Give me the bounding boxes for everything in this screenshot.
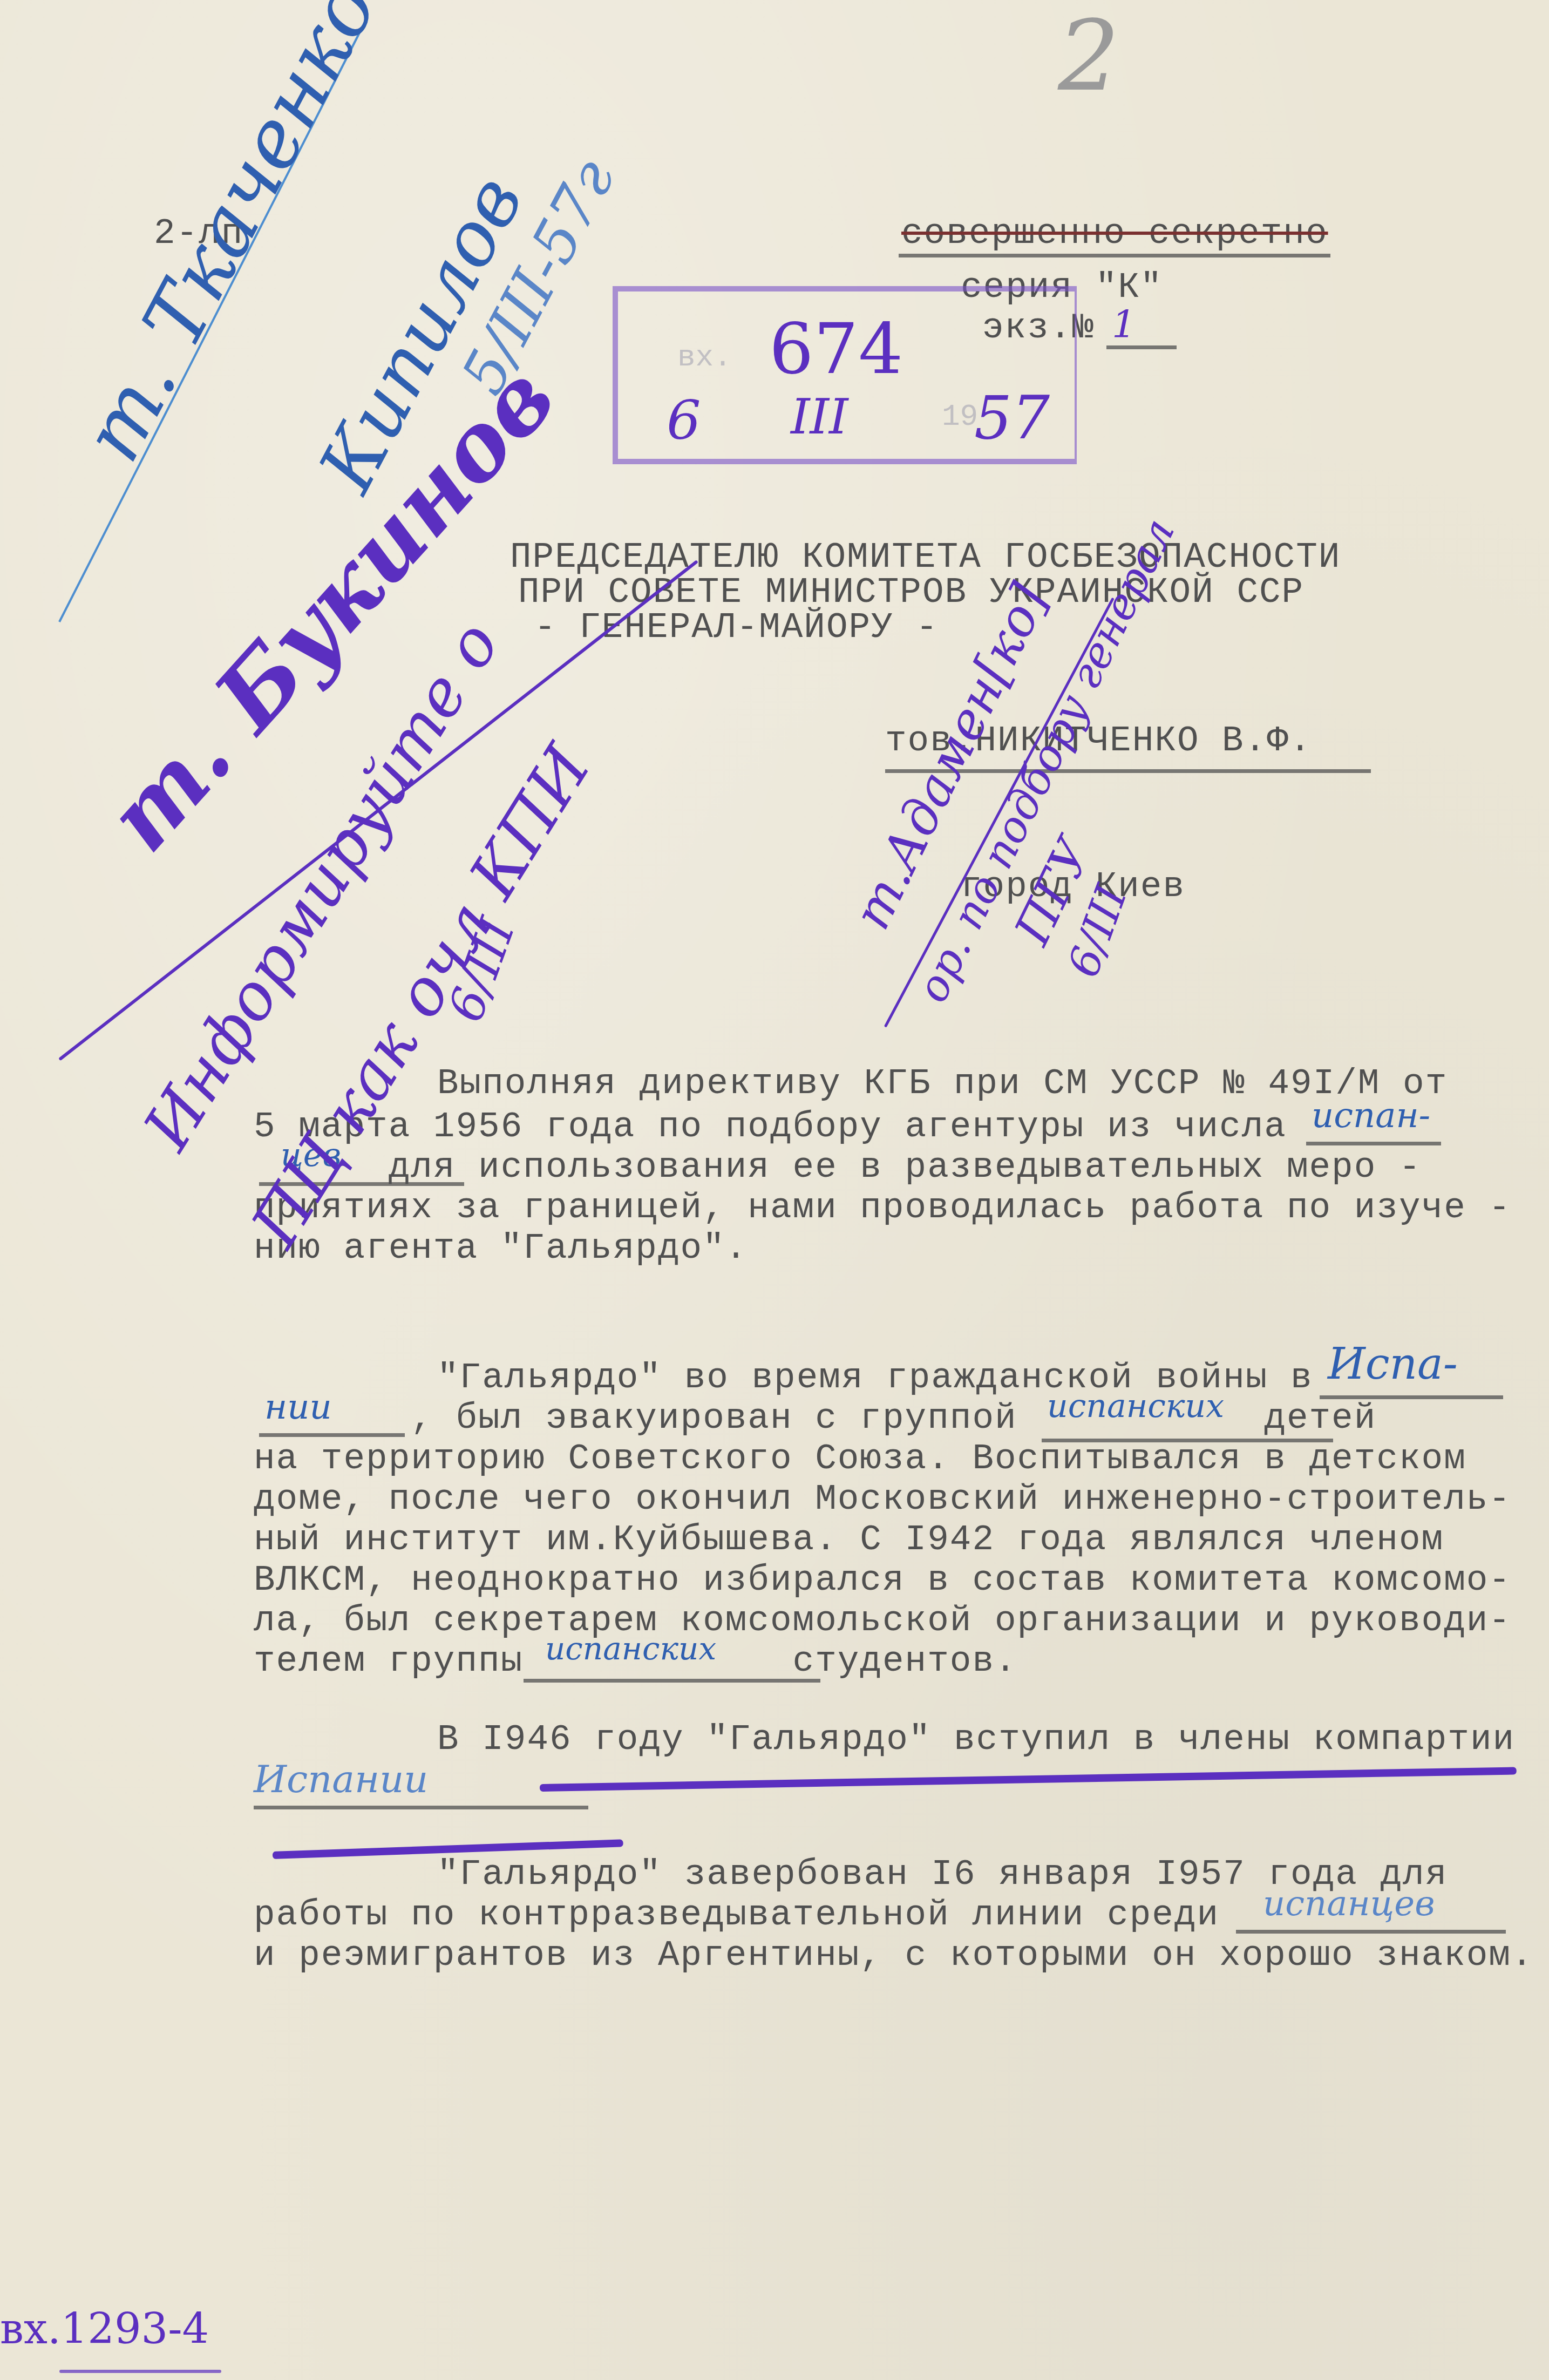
p1-line-1: Выполняя директиву КГБ при СМ УССР № 49I… bbox=[437, 1066, 1448, 1102]
stamp-prefix: вх. bbox=[677, 340, 732, 375]
copy-number: 1 bbox=[1112, 302, 1136, 347]
p2-line-5: ный институт им.Куйбышева. С I942 года я… bbox=[254, 1522, 1444, 1558]
p2-insert-2: нии bbox=[264, 1387, 332, 1427]
p3-insert-1: Испании bbox=[254, 1757, 428, 1801]
p4-insert-1: испанцев bbox=[1263, 1884, 1435, 1924]
p2-insert-2-underline bbox=[259, 1433, 405, 1437]
p2-insert-4-underline bbox=[524, 1679, 820, 1683]
bottom-left-underline bbox=[59, 2370, 221, 2373]
p2-insert-3: испанских bbox=[1047, 1387, 1224, 1425]
p4-line-2: работы по контрразведывательной линии ср… bbox=[254, 1897, 1219, 1933]
stamp-month: III bbox=[791, 389, 848, 445]
incoming-stamp: вх. 674 6 III 19 57 bbox=[613, 286, 1077, 464]
document-page: 2 2-лп совершенно секретно серия "К" экз… bbox=[0, 0, 1549, 2380]
p1-insert-1-underline bbox=[1306, 1142, 1441, 1145]
classification-underline bbox=[899, 254, 1330, 257]
p1-insert-1: испан- bbox=[1312, 1096, 1430, 1136]
stamp-year-prefix: 19 bbox=[942, 399, 978, 434]
classification-struck: совершенно секретно bbox=[901, 216, 1328, 252]
bottom-left-note: вх.1293-4 bbox=[0, 2305, 209, 2354]
copy-number-underline bbox=[1106, 345, 1177, 349]
p4-line-3: и реэмигрантов из Аргентины, с которыми … bbox=[254, 1938, 1534, 1974]
p4-insert-1-underline bbox=[1236, 1930, 1506, 1934]
stamp-year: 57 bbox=[974, 383, 1050, 452]
addressee-line-2: ПРИ СОВЕТЕ МИНИСТРОВ УКРАИНСКОЙ ССР bbox=[518, 575, 1304, 611]
stamp-day: 6 bbox=[667, 389, 701, 452]
p3-insert-1-underline bbox=[254, 1806, 588, 1809]
p2-insert-1: Испа- bbox=[1328, 1339, 1458, 1389]
page-number-pencil: 2 bbox=[1058, 0, 1120, 113]
p2-line-7: ла, был секретарем комсомольской организ… bbox=[254, 1603, 1511, 1639]
addressee-line-1: ПРЕДСЕДАТЕЛЮ КОМИТЕТА ГОСБЕЗОПАСНОСТИ bbox=[510, 540, 1341, 575]
p1-line-5: нию агента "Гальярдо". bbox=[254, 1231, 748, 1266]
p1-line-4: приятиях за границей, нами проводилась р… bbox=[254, 1190, 1511, 1226]
p2-insert-4: испанских bbox=[545, 1630, 716, 1667]
p2-line-6: ВЛКСМ, неоднократно избирался в состав к… bbox=[254, 1563, 1511, 1598]
p2-line-4: доме, после чего окончил Московский инже… bbox=[254, 1482, 1511, 1517]
p1-line-3: для использования ее в разведывательных … bbox=[254, 1150, 1422, 1185]
p2-line-3: на территорию Советского Союза. Воспитыв… bbox=[254, 1441, 1466, 1477]
p3-line-1: В I946 году "Гальярдо" вступил в члены к… bbox=[437, 1722, 1515, 1758]
p1-line-2: 5 марта 1956 года по подбору агентуры из… bbox=[254, 1109, 1287, 1145]
stamp-number: 674 bbox=[769, 308, 903, 390]
violet-underline-mark bbox=[540, 1767, 1517, 1792]
